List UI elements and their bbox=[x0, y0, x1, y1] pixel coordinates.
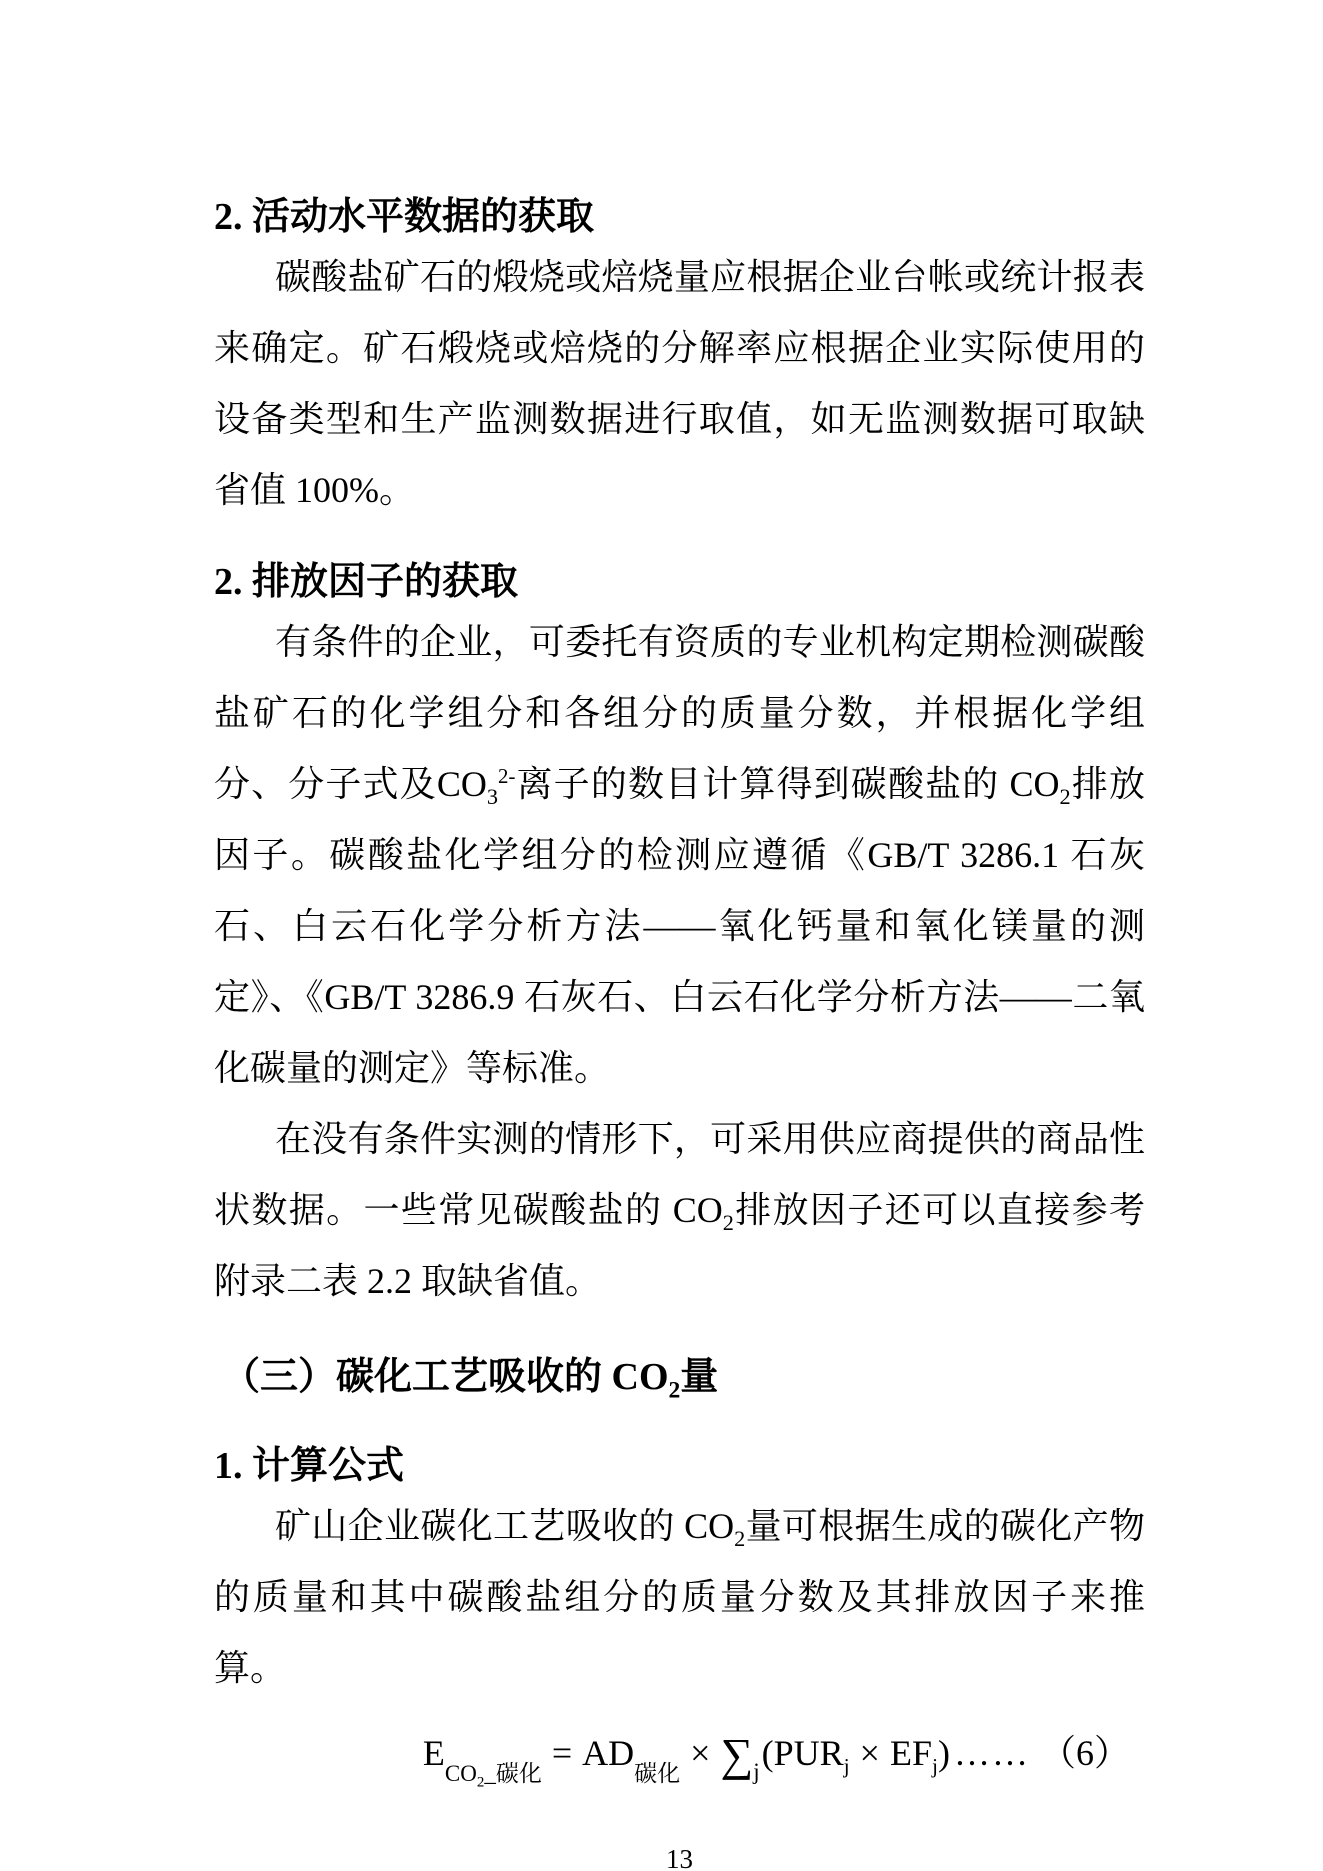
paragraph-activity-data: 碳酸盐矿石的煅烧或焙烧量应根据企业台帐或统计报表来确定。矿石煅烧或焙烧的分解率应… bbox=[214, 242, 1145, 526]
right-parenthesis: ) bbox=[938, 1733, 950, 1773]
text-run: CO bbox=[445, 1761, 477, 1786]
heading-activity-data: 2. 活动水平数据的获取 bbox=[214, 192, 1145, 242]
heading-carbonation-section: （三）碳化工艺吸收的 CO2量 bbox=[214, 1352, 1145, 1402]
equation-subscript-co2-carbonation: CO2_碳化 bbox=[445, 1761, 542, 1786]
heading-text: 2. 排放因子的获取 bbox=[214, 561, 518, 603]
paragraph-default-values: 在没有条件实测的情形下，可采用供应商提供的商品性状数据。一些常见碳酸盐的 CO2… bbox=[214, 1104, 1145, 1317]
chem-co2-subscript: 2 bbox=[734, 1526, 745, 1551]
chem-co2-base: CO bbox=[673, 1190, 723, 1230]
subscript: j bbox=[844, 1754, 850, 1778]
chem-co3-subscript: 3 bbox=[487, 784, 498, 809]
heading-text: 1. 计算公式 bbox=[214, 1445, 404, 1487]
text-run: 排放因子。碳酸盐化学组分的检测应遵循《GB/T 3286.1 石灰石、白云石化学… bbox=[214, 764, 1145, 1088]
chem-co3-base: CO bbox=[437, 764, 487, 804]
sigma-symbol: ∑ bbox=[720, 1729, 753, 1780]
heading-text: （三）碳化工艺吸收的 bbox=[222, 1356, 612, 1398]
chem-co3-superscript: 2- bbox=[498, 764, 515, 788]
heading-emission-factor: 2. 排放因子的获取 bbox=[214, 557, 1145, 607]
multiplication-sign: × bbox=[860, 1733, 880, 1773]
chem-co2-base: CO bbox=[612, 1356, 669, 1398]
page-number: 13 bbox=[214, 1844, 1145, 1871]
equation-term-EF: EF bbox=[890, 1733, 932, 1773]
chem-co2-subscript: 2 bbox=[1060, 784, 1071, 809]
left-parenthesis: ( bbox=[762, 1733, 774, 1773]
sigma-subscript: j bbox=[753, 1759, 759, 1784]
heading-calculation-formula: 1. 计算公式 bbox=[214, 1441, 1145, 1491]
text-run: 碳酸盐矿石的煅烧或焙烧量应根据企业台帐或统计报表来确定。矿石煅烧或焙烧的分解率应… bbox=[214, 257, 1145, 510]
paragraph-carbonation: 矿山企业碳化工艺吸收的 CO2量可根据生成的碳化产物的质量和其中碳酸盐组分的质量… bbox=[214, 1491, 1145, 1704]
chem-co2-base: CO bbox=[1010, 764, 1060, 804]
paragraph-emission-factor: 有条件的企业，可委托有资质的专业机构定期检测碳酸盐矿石的化学组分和各组分的质量分… bbox=[214, 607, 1145, 1104]
equals-sign: = bbox=[552, 1733, 572, 1773]
chem-co2-base: CO bbox=[684, 1506, 734, 1546]
chem-co2-subscript: 2 bbox=[669, 1378, 681, 1404]
document-page: 2. 活动水平数据的获取 碳酸盐矿石的煅烧或焙烧量应根据企业台帐或统计报表来确定… bbox=[0, 0, 1323, 1871]
chem-co2-subscript: 2 bbox=[723, 1210, 734, 1235]
text-run: 矿山企业碳化工艺吸收的 bbox=[275, 1506, 684, 1546]
equation-6: ECO2_碳化=AD碳化×∑j(PURj×EFj)……（6） bbox=[214, 1713, 1145, 1793]
text-run: _碳化 bbox=[484, 1761, 542, 1786]
ellipsis-dots: …… bbox=[954, 1733, 1030, 1773]
equation-term-E: E bbox=[423, 1733, 445, 1773]
text-run: 离子的数目计算得到碳酸盐的 bbox=[515, 764, 1009, 804]
multiplication-sign: × bbox=[690, 1733, 710, 1773]
heading-text: 2. 活动水平数据的获取 bbox=[214, 196, 594, 238]
heading-text: 量 bbox=[680, 1356, 718, 1398]
equation-term-AD: AD bbox=[582, 1733, 634, 1773]
equation-number: （6） bbox=[1040, 1733, 1130, 1773]
equation-term-PUR: PUR bbox=[774, 1733, 844, 1773]
equation-subscript-carbonation: 碳化 bbox=[634, 1761, 680, 1786]
